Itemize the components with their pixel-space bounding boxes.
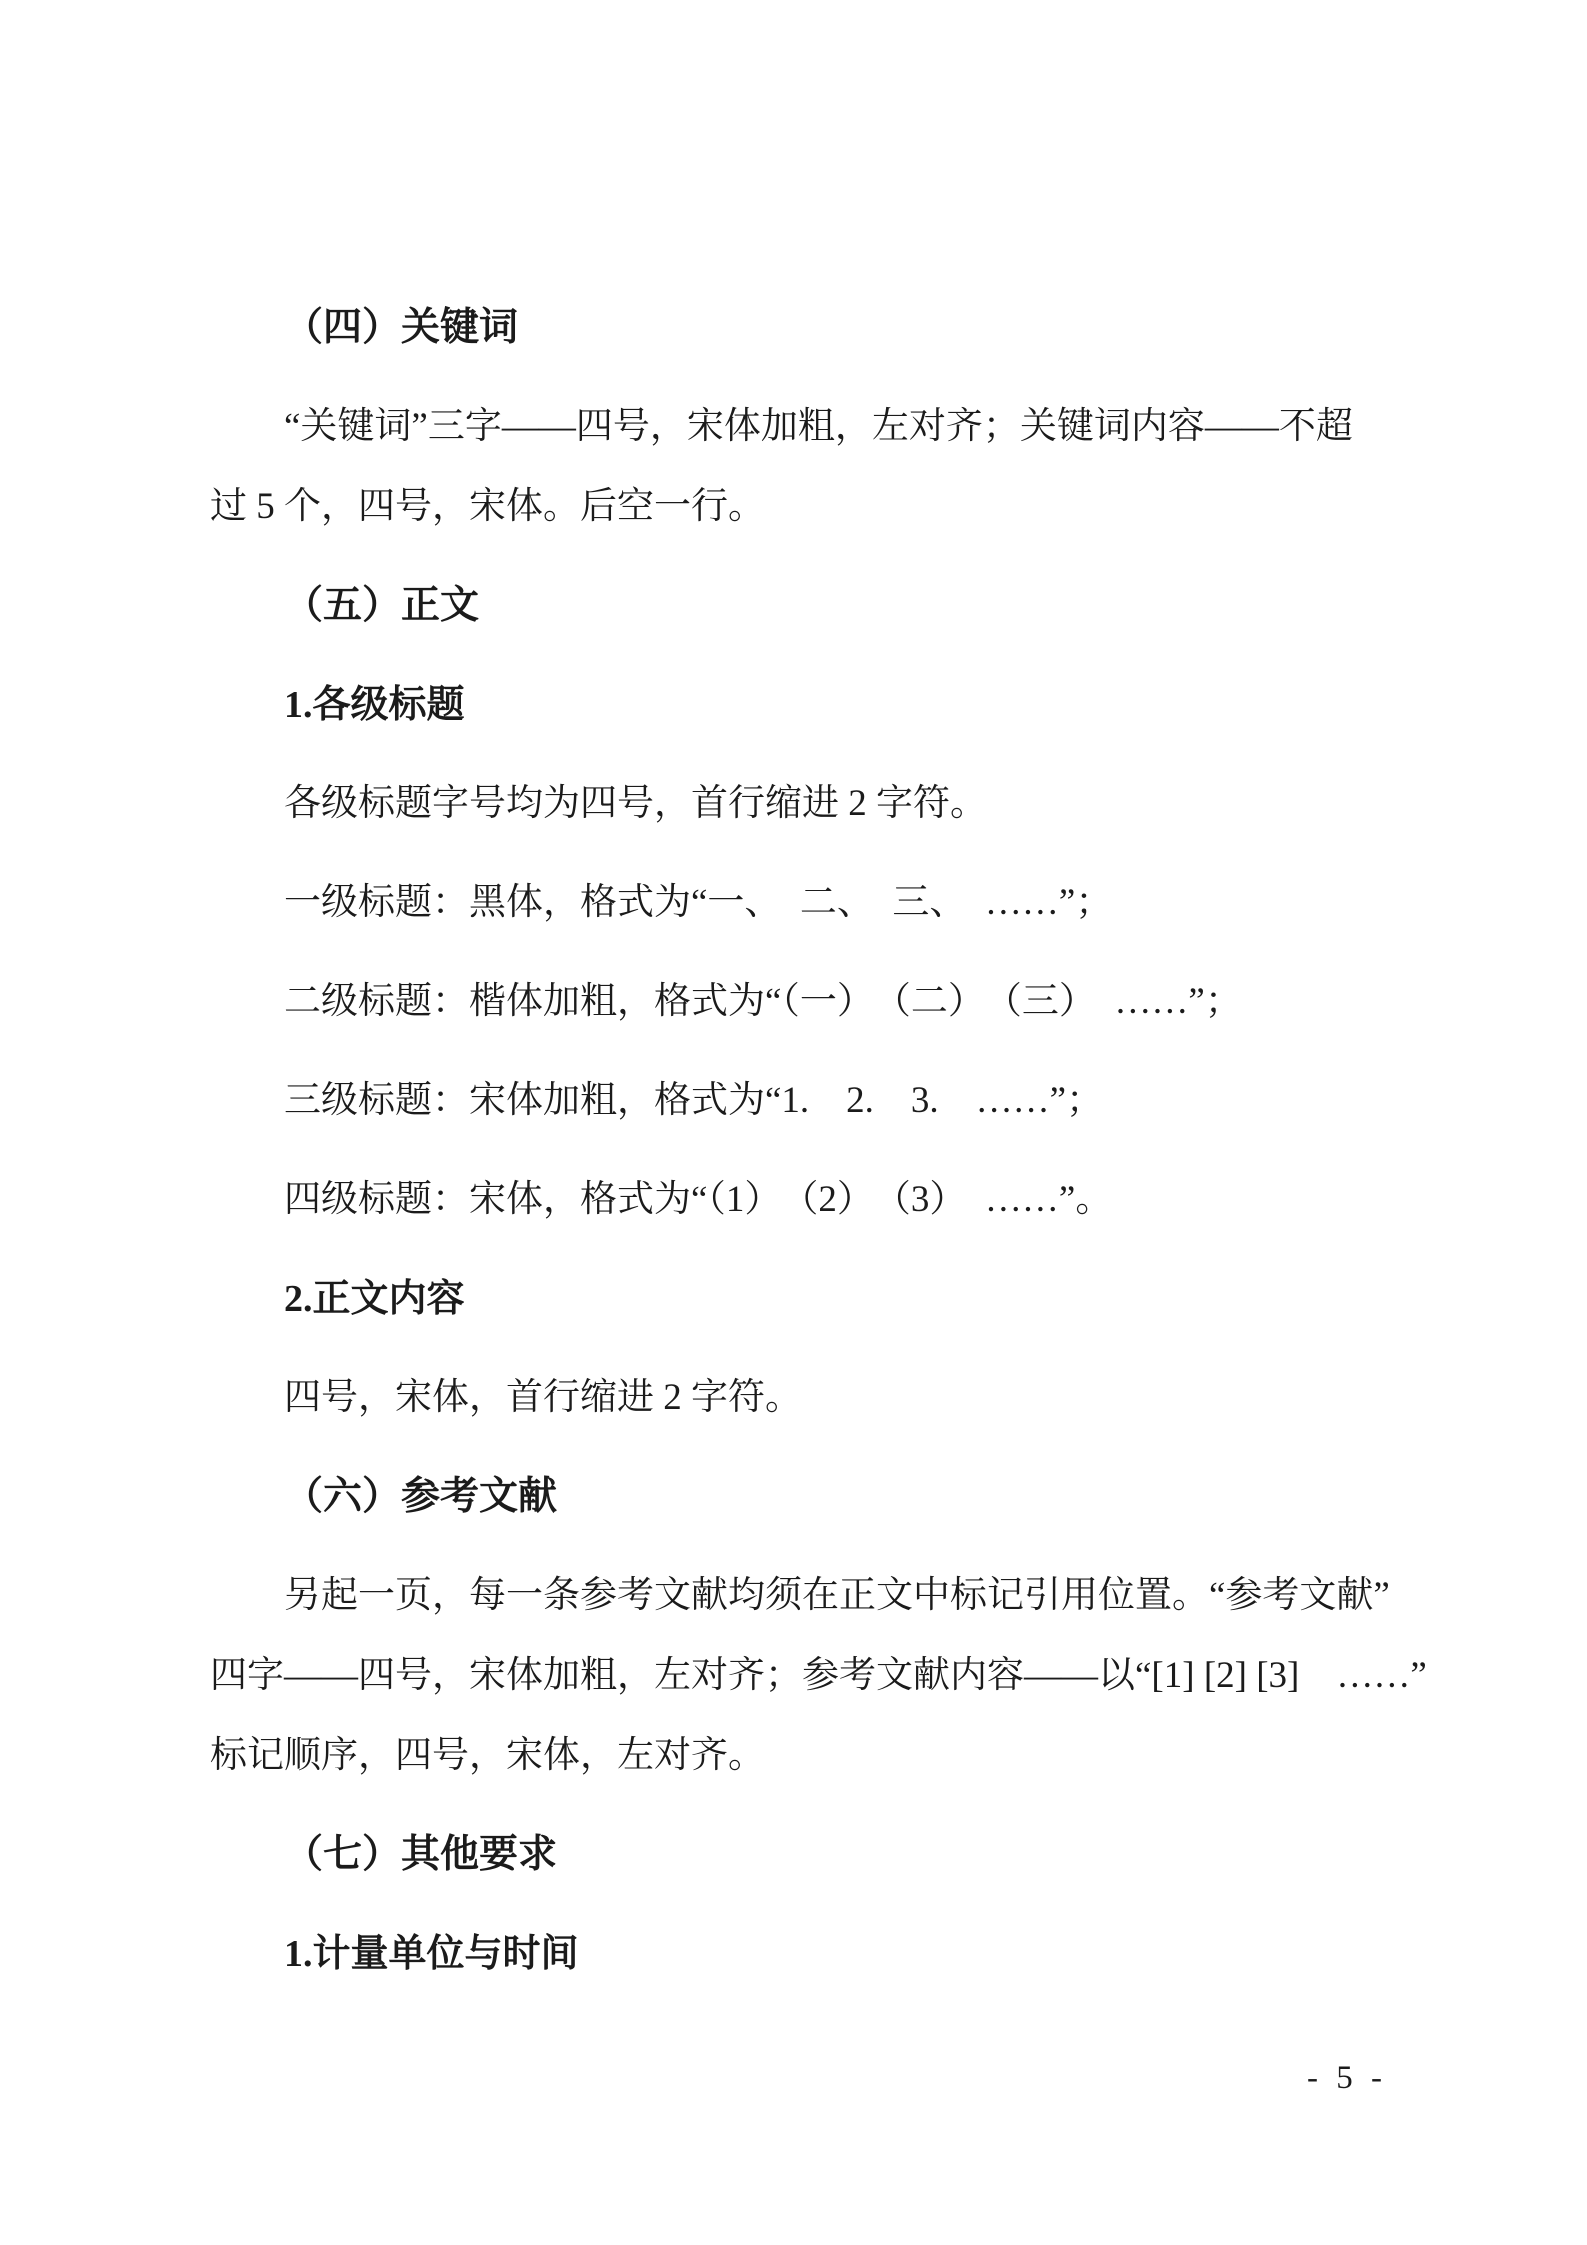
text-line: （七）其他要求: [210, 1815, 1390, 1895]
page: （四）关键词“关键词”三字——四号，宋体加粗，左对齐；关键词内容——不超过 5 …: [0, 0, 1587, 2245]
paragraph: 四号，宋体，首行缩进 2 字符。: [210, 1358, 1390, 1438]
section-heading: （七）其他要求: [210, 1815, 1390, 1895]
section-heading: （五）正文: [210, 566, 1390, 646]
paragraph: 三级标题：宋体加粗，格式为“1. 2. 3. ……”；: [210, 1061, 1390, 1141]
text-line: 另起一页，每一条参考文献均须在正文中标记引用位置。“参考文献”: [210, 1556, 1390, 1636]
paragraph: 一级标题：黑体，格式为“一、 二、 三、 ……”；: [210, 863, 1390, 943]
paragraph: 另起一页，每一条参考文献均须在正文中标记引用位置。“参考文献”四字——四号，宋体…: [210, 1556, 1390, 1796]
text-line: 四号，宋体，首行缩进 2 字符。: [210, 1358, 1390, 1438]
text-line: 四级标题：宋体，格式为“（1） （2） （3） ……”。: [210, 1160, 1390, 1240]
paragraph: 二级标题：楷体加粗，格式为“（一） （二） （三） ……”；: [210, 962, 1390, 1042]
document-body: （四）关键词“关键词”三字——四号，宋体加粗，左对齐；关键词内容——不超过 5 …: [210, 288, 1390, 2013]
section-heading: （六）参考文献: [210, 1457, 1390, 1537]
text-line: 二级标题：楷体加粗，格式为“（一） （二） （三） ……”；: [210, 962, 1390, 1042]
text-line: 三级标题：宋体加粗，格式为“1. 2. 3. ……”；: [210, 1061, 1390, 1141]
text-line: 一级标题：黑体，格式为“一、 二、 三、 ……”；: [210, 863, 1390, 943]
text-line: 1.各级标题: [210, 665, 1390, 745]
text-line: “关键词”三字——四号，宋体加粗，左对齐；关键词内容——不超: [210, 387, 1390, 467]
section-heading: （四）关键词: [210, 288, 1390, 368]
paragraph: 各级标题字号均为四号，首行缩进 2 字符。: [210, 764, 1390, 844]
text-line: 过 5 个，四号，宋体。后空一行。: [210, 467, 1390, 547]
text-line: （六）参考文献: [210, 1457, 1390, 1537]
paragraph: 四级标题：宋体，格式为“（1） （2） （3） ……”。: [210, 1160, 1390, 1240]
section-heading: 1.各级标题: [210, 665, 1390, 745]
section-heading: 1.计量单位与时间: [210, 1914, 1390, 1994]
text-line: （五）正文: [210, 566, 1390, 646]
document-page: { "document": { "blocks": [ { "type": "h…: [0, 0, 1587, 2245]
paragraph: “关键词”三字——四号，宋体加粗，左对齐；关键词内容——不超过 5 个，四号，宋…: [210, 387, 1390, 547]
text-line: 标记顺序，四号，宋体，左对齐。: [210, 1716, 1390, 1796]
section-heading: 2.正文内容: [210, 1259, 1390, 1339]
text-line: （四）关键词: [210, 288, 1390, 368]
text-line: 1.计量单位与时间: [210, 1914, 1390, 1994]
text-line: 四字——四号，宋体加粗，左对齐；参考文献内容——以“[1] [2] [3] ………: [210, 1636, 1390, 1716]
text-line: 各级标题字号均为四号，首行缩进 2 字符。: [210, 764, 1390, 844]
page-number: - 5 -: [1307, 2056, 1387, 2100]
text-line: 2.正文内容: [210, 1259, 1390, 1339]
